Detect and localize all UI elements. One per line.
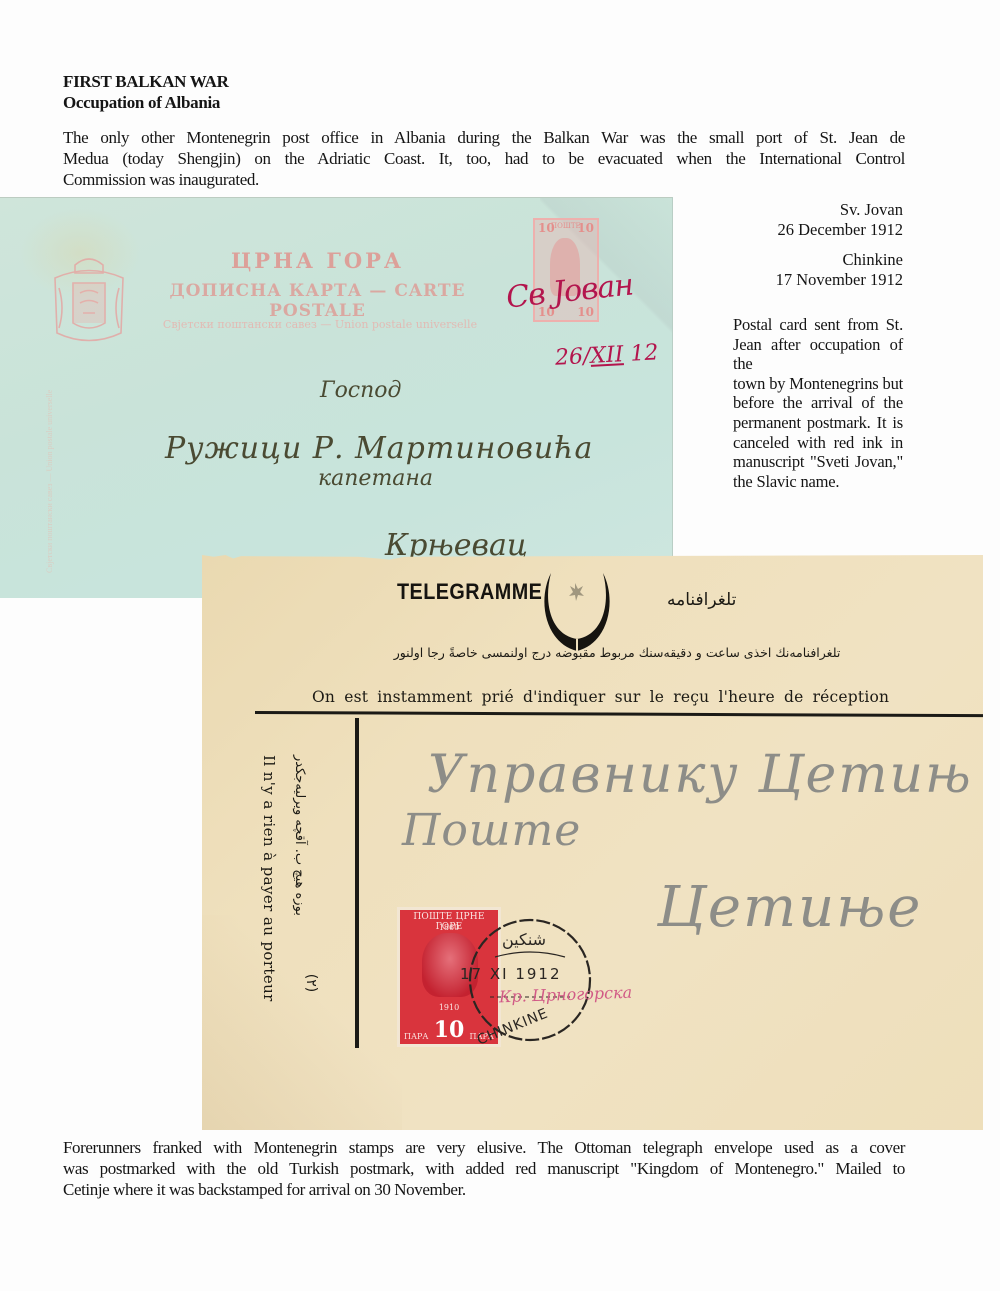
address-line: Ружици Р. Мартиновића: [165, 431, 593, 466]
intro-line: Medua (today Shengjin) on the Adriatic C…: [63, 148, 905, 169]
vertical-rule: [355, 718, 359, 1048]
postmark-date: 17 XI 1912: [460, 965, 562, 983]
caption-date: 26 December 1912: [777, 220, 903, 240]
manuscript-cancel-date: 26/XII 12: [554, 340, 659, 370]
ottoman-instruction: تلغرافنامه‌نك اخذى ساعت و دقیقه‌سنك مربو…: [357, 645, 877, 660]
vertical-ottoman-note: بوزه هیچ ب. آقچه ویرلیه‌جكدر: [292, 755, 307, 925]
intro-line: The only other Montenegrin post office i…: [63, 127, 905, 148]
caption-first-item: Sv. Jovan 26 December 1912: [777, 200, 903, 240]
coat-of-arms-icon: [45, 253, 133, 348]
red-manuscript-kingdom: Кр. Црногорска: [499, 983, 633, 1007]
address-line: Господ: [320, 378, 402, 403]
postal-card: ЦРНА ГОРА ДОПИСНА КАРТА — CARTE POSTALE …: [0, 197, 672, 598]
footer-line: was postmarked with the old Turkish post…: [63, 1158, 905, 1179]
telegram-envelope: TELEGRAMME تلغرافنامه تلغرافنامه‌نك اخذى…: [202, 555, 983, 1130]
page-subtitle: Occupation of Albania: [63, 93, 220, 113]
postal-card-description: Postal card sent from St. Jean after occ…: [733, 315, 903, 491]
caption-date: 17 November 1912: [776, 270, 903, 290]
pencil-address-line: Цетиње: [657, 875, 922, 940]
intro-paragraph: The only other Montenegrin post office i…: [63, 127, 905, 190]
postmark-ottoman-town: شنکین: [502, 930, 546, 949]
envelope-fold-shading: [202, 915, 402, 1130]
intro-line: Commission was inaugurated.: [63, 169, 905, 190]
caption-place: Sv. Jovan: [777, 200, 903, 220]
french-instruction: On est instamment prié d'indiquer sur le…: [312, 688, 937, 706]
pencil-address-line: Управнику Цетињ: [427, 745, 973, 805]
telegram-ottoman-title: تلغرافنامه: [667, 590, 736, 610]
footer-line: Forerunners franked with Montenegrin sta…: [63, 1137, 905, 1158]
caption-place: Chinkine: [776, 250, 903, 270]
address-line: капетана: [318, 466, 433, 491]
horizontal-rule: [255, 711, 983, 717]
caption-second-item: Chinkine 17 November 1912: [776, 250, 903, 290]
vertical-french-note: Il n'y a rien à payer au porteur: [260, 755, 278, 1002]
card-union-line: Свјетски поштански савез — Union postale…: [150, 318, 490, 331]
card-side-print: Свјетски поштански савез — Union postale…: [45, 373, 63, 573]
card-subheading: ДОПИСНА КАРТА — CARTE POSTALE: [145, 281, 490, 321]
footer-line: Cetinje where it was backstamped for arr…: [63, 1179, 905, 1200]
card-heading: ЦРНА ГОРА: [145, 248, 490, 273]
crescent-icon: [537, 565, 617, 655]
pencil-address-line: Поште: [402, 805, 581, 856]
footer-paragraph: Forerunners franked with Montenegrin sta…: [63, 1137, 905, 1200]
paren-note: (٢): [303, 974, 319, 992]
page-title: FIRST BALKAN WAR: [63, 72, 229, 92]
telegram-title: TELEGRAMME: [397, 579, 542, 605]
